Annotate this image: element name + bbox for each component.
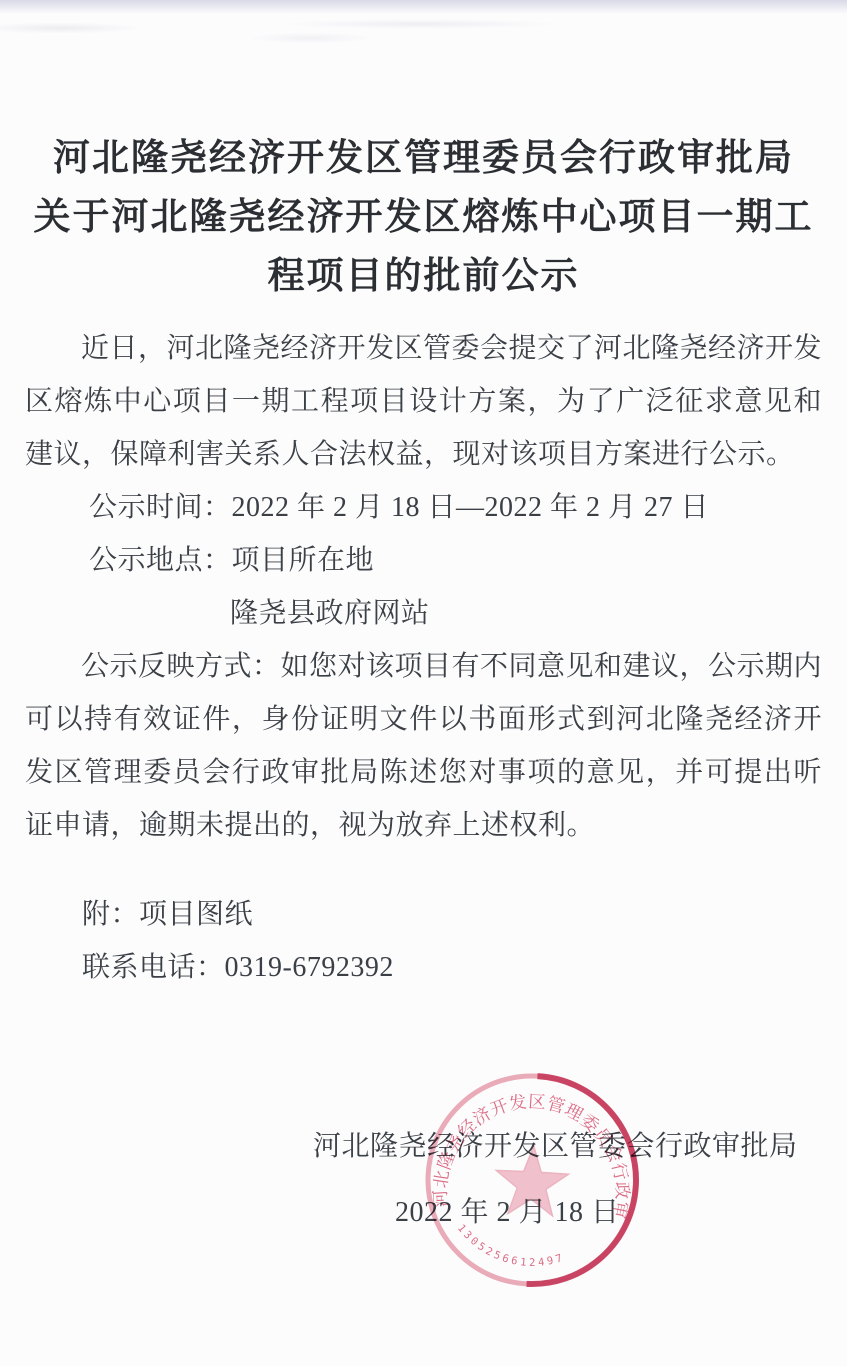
- publicity-time-line: 公示时间：2022 年 2 月 18 日—2022 年 2 月 27 日: [89, 481, 822, 534]
- contact-phone-line: 联系电话：0319-6792392: [82, 941, 822, 994]
- scan-edge-artifact: [0, 0, 847, 14]
- attachment-line: 附：项目图纸: [82, 888, 822, 941]
- document-title: 河北隆尧经济开发区管理委员会行政审批局 关于河北隆尧经济开发区熔炼中心项目一期工…: [0, 128, 847, 305]
- publicity-place-line: 公示地点：项目所在地: [89, 534, 822, 587]
- document-body: 近日，河北隆尧经济开发区管委会提交了河北隆尧经济开发区熔炼中心项目一期工程项目设…: [25, 322, 822, 994]
- title-line-2: 关于河北隆尧经济开发区熔炼中心项目一期工: [0, 187, 847, 246]
- scan-smudge-artifact: [0, 18, 847, 44]
- publicity-place-line-2: 隆尧县政府网站: [230, 587, 822, 640]
- intro-paragraph: 近日，河北隆尧经济开发区管委会提交了河北隆尧经济开发区熔炼中心项目一期工程项目设…: [25, 322, 822, 481]
- title-line-1: 河北隆尧经济开发区管理委员会行政审批局: [0, 128, 847, 187]
- document-page: 河北隆尧经济开发区管理委员会行政审批局 关于河北隆尧经济开发区熔炼中心项目一期工…: [0, 0, 847, 1366]
- official-seal: 河北隆尧经济开发区管理委员会行政审批局 1305256612497: [414, 1062, 649, 1297]
- title-line-3: 程项目的批前公示: [0, 246, 847, 305]
- attachment-block: 附：项目图纸 联系电话：0319-6792392: [25, 888, 822, 994]
- feedback-paragraph: 公示反映方式：如您对该项目有不同意见和建议，公示期内可以持有效证件，身份证明文件…: [25, 640, 822, 852]
- seal-star-icon: [494, 1144, 570, 1216]
- official-seal-graphic: 河北隆尧经济开发区管理委员会行政审批局 1305256612497: [414, 1062, 649, 1297]
